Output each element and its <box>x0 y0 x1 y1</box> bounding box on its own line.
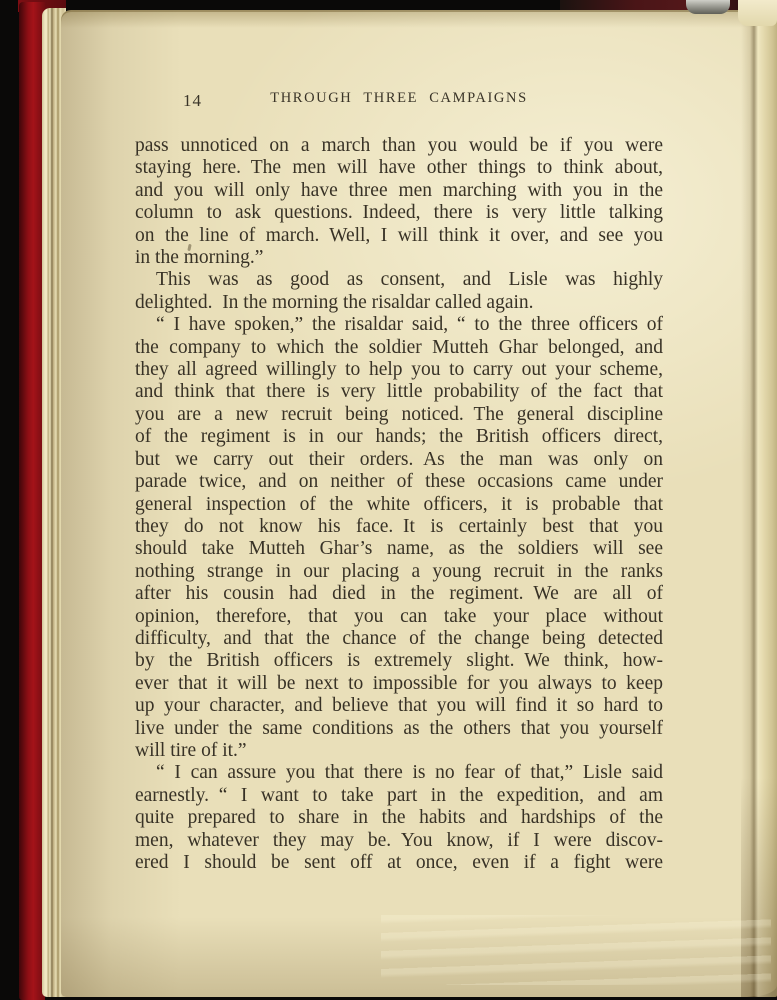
text-line: delighted. In the morning the risaldar c… <box>135 292 663 314</box>
text-line: quite prepared to share in the habits an… <box>135 807 663 829</box>
book-page: 14 THROUGH THREE CAMPAIGNS pass unnotice… <box>61 10 777 997</box>
text-line: in the morning.” <box>135 247 663 269</box>
text-line: ever that it will be next to impossible … <box>135 673 663 695</box>
text-line: they do not know his face. It is certain… <box>135 516 663 538</box>
text-line: should take Mutteh Ghar’s name, as the s… <box>135 538 663 560</box>
text-line: pass unnoticed on a march than you would… <box>135 135 663 157</box>
text-line: live under the same conditions as the ot… <box>135 718 663 740</box>
text-line: This was as good as consent, and Lisle w… <box>135 269 663 291</box>
book-scan: 14 THROUGH THREE CAMPAIGNS pass unnotice… <box>0 0 777 1000</box>
page-number: 14 <box>183 91 202 111</box>
book-holder-clip <box>686 0 730 14</box>
page-header: 14 THROUGH THREE CAMPAIGNS <box>135 90 663 110</box>
text-line: “ I can assure you that there is no fear… <box>135 762 663 784</box>
text-line: but we carry out their orders. As the ma… <box>135 449 663 471</box>
text-line: will tire of it.” <box>135 740 663 762</box>
page-body-text: pass unnoticed on a march than you would… <box>135 135 663 874</box>
text-line: men, whatever they may be. You know, if … <box>135 830 663 852</box>
page-content: 14 THROUGH THREE CAMPAIGNS pass unnotice… <box>135 90 663 874</box>
text-line: difficulty, and that the chance of the c… <box>135 628 663 650</box>
text-line: and think that there is very little prob… <box>135 381 663 403</box>
text-line: on the line of march. Well, I will think… <box>135 225 663 247</box>
running-title: THROUGH THREE CAMPAIGNS <box>135 90 663 107</box>
text-line: up your character, and believe that you … <box>135 695 663 717</box>
text-line: by the British officers is extremely sli… <box>135 650 663 672</box>
text-line: after his cousin had died in the regimen… <box>135 583 663 605</box>
text-line: of the regiment is in our hands; the Bri… <box>135 426 663 448</box>
text-line: parade twice, and on neither of these oc… <box>135 471 663 493</box>
page-fold-edge <box>741 10 777 997</box>
text-line: opinion, therefore, that you can take yo… <box>135 606 663 628</box>
text-line: and you will only have three men marchin… <box>135 180 663 202</box>
text-line: general inspection of the white officers… <box>135 494 663 516</box>
text-line: earnestly. “ I want to take part in the … <box>135 785 663 807</box>
text-line: the company to which the soldier Mutteh … <box>135 337 663 359</box>
text-line: “ I have spoken,” the risaldar said, “ t… <box>135 314 663 336</box>
text-line: column to ask questions. Indeed, there i… <box>135 202 663 224</box>
paper-sheen <box>381 915 771 985</box>
text-line: staying here. The men will have other th… <box>135 157 663 179</box>
text-line: they all agreed willingly to help you to… <box>135 359 663 381</box>
text-line: nothing strange in our placing a young r… <box>135 561 663 583</box>
text-line: you are a new recruit being noticed. The… <box>135 404 663 426</box>
text-line: ered I should be sent off at once, even … <box>135 852 663 874</box>
underlying-page-corner <box>738 0 777 26</box>
